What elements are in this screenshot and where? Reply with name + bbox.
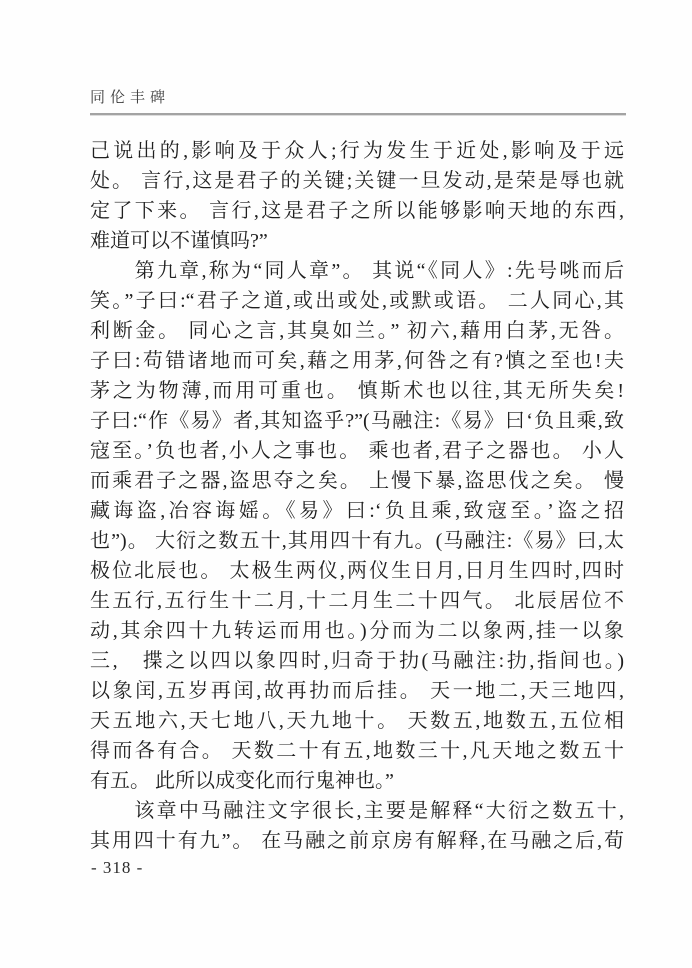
book-page: 同伦丰碑 己说出的,影响及于众人;行为发生于近处,影响及于远 处。 言行,这是君… bbox=[0, 0, 692, 968]
running-header-title: 同伦丰碑 bbox=[90, 86, 626, 107]
body-line: 而乘君子之器,盗思夺之矣。 上慢下暴,盗思伐之矣。 慢 bbox=[90, 466, 624, 496]
body-line: 也”)。 大衍之数五十,其用四十有九。(马融注:《易》曰,太 bbox=[90, 526, 624, 556]
body-line: 该章中马融注文字很长,主要是解释“大衍之数五十, bbox=[90, 796, 624, 826]
body-line: 定了下来。 言行,这是君子之所以能够影响天地的东西, bbox=[90, 196, 624, 226]
body-line: 茅之为物薄,而用可重也。 慎斯术也以往,其无所失矣! bbox=[90, 376, 624, 406]
body-line: 天五地六,天七地八,天九地十。 天数五,地数五,五位相 bbox=[90, 706, 624, 736]
body-line: 动,其余四十九转运而用也。)分而为二以象两,挂一以象 bbox=[90, 616, 624, 646]
body-line: 处。 言行,这是君子的关键;关键一旦发动,是荣是辱也就 bbox=[90, 166, 624, 196]
body-line: 子曰:苟错诸地而可矣,藉之用茅,何咎之有?慎之至也!夫 bbox=[90, 346, 624, 376]
body-line: 利断金。 同心之言,其臭如兰。” 初六,藉用白茅,无咎。 bbox=[90, 316, 624, 346]
body-line: 己说出的,影响及于众人;行为发生于近处,影响及于远 bbox=[90, 136, 624, 166]
body-text: 己说出的,影响及于众人;行为发生于近处,影响及于远 处。 言行,这是君子的关键;… bbox=[90, 136, 624, 856]
body-line: 有五。 此所以成变化而行鬼神也。” bbox=[90, 766, 624, 796]
body-line: 极位北辰也。 太极生两仪,两仪生日月,日月生四时,四时 bbox=[90, 556, 624, 586]
body-line: 得而各有合。 天数二十有五,地数三十,凡天地之数五十 bbox=[90, 736, 624, 766]
running-header: 同伦丰碑 bbox=[90, 86, 626, 116]
body-line: 第九章,称为“同人章”。 其说“《同人》:先号咷而后 bbox=[90, 256, 624, 286]
body-line: 藏诲盗,冶容诲媱。《易》曰:‘负且乘,致寇至。’盗之招 bbox=[90, 496, 624, 526]
body-line: 难道可以不谨慎吗?” bbox=[90, 226, 624, 256]
body-line: 寇至。’负也者,小人之事也。 乘也者,君子之器也。 小人 bbox=[90, 436, 624, 466]
body-line: 以象闰,五岁再闰,故再扐而后挂。 天一地二,天三地四, bbox=[90, 676, 624, 706]
body-line: 三, 揲之以四以象四时,归奇于扐(马融注:扐,指间也。) bbox=[90, 646, 624, 676]
body-line: 笑。”子曰:“君子之道,或出或处,或默或语。 二人同心,其 bbox=[90, 286, 624, 316]
body-line: 其用四十有九”。 在马融之前京房有解释,在马融之后,荀 bbox=[90, 826, 624, 856]
body-line: 生五行,五行生十二月,十二月生二十四气。 北辰居位不 bbox=[90, 586, 624, 616]
body-line: 子曰:“作《易》者,其知盗乎?”(马融注:《易》曰‘负且乘,致 bbox=[90, 406, 624, 436]
header-rule bbox=[90, 113, 626, 116]
page-number: - 318 - bbox=[91, 858, 143, 878]
